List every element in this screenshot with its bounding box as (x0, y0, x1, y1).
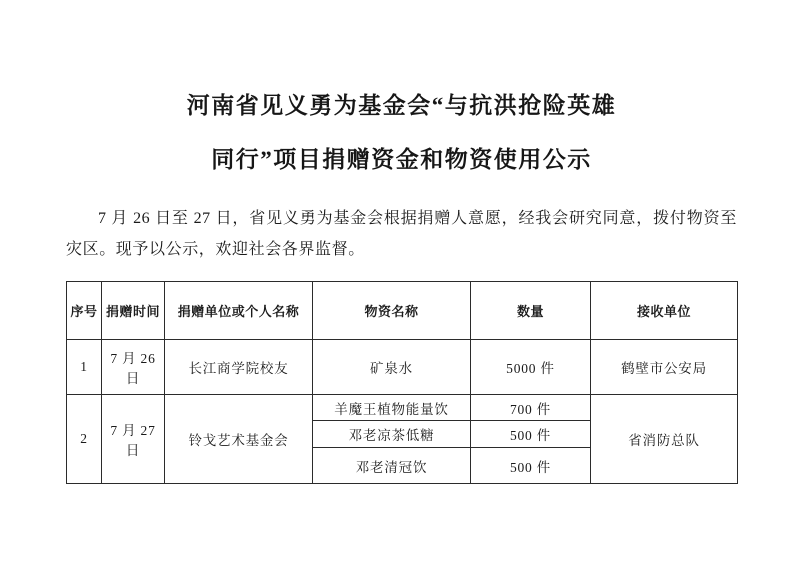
document-page: 河南省见义勇为基金会“与抗洪抢险英雄 同行”项目捐赠资金和物资使用公示 7 月 … (0, 0, 800, 567)
table-row: 1 7 月 26 日 长江商学院校友 矿泉水 5000 件 鹤壁市公安局 (67, 340, 738, 395)
cell-quantity: 700 件 (471, 395, 591, 421)
header-donor: 捐赠单位或个人名称 (165, 282, 313, 340)
table-header-row: 序号 捐赠时间 捐赠单位或个人名称 物资名称 数量 接收单位 (67, 282, 738, 340)
header-receiver: 接收单位 (591, 282, 738, 340)
cell-date: 7 月 27 日 (102, 395, 165, 484)
cell-donor: 长江商学院校友 (165, 340, 313, 395)
cell-quantity: 500 件 (471, 448, 591, 484)
cell-quantity: 500 件 (471, 421, 591, 448)
cell-item: 矿泉水 (313, 340, 471, 395)
cell-seq: 2 (67, 395, 102, 484)
header-quantity: 数量 (471, 282, 591, 340)
cell-item: 邓老清冠饮 (313, 448, 471, 484)
cell-quantity: 5000 件 (471, 340, 591, 395)
cell-item: 羊魔王植物能量饮 (313, 395, 471, 421)
intro-paragraph: 7 月 26 日至 27 日，省见义勇为基金会根据捐赠人意愿，经我会研究同意，拨… (66, 203, 737, 265)
table-row: 2 7 月 27 日 铃戈艺术基金会 羊魔王植物能量饮 700 件 省消防总队 (67, 395, 738, 421)
document-title: 河南省见义勇为基金会“与抗洪抢险英雄 同行”项目捐赠资金和物资使用公示 (66, 79, 737, 187)
cell-seq: 1 (67, 340, 102, 395)
header-item: 物资名称 (313, 282, 471, 340)
cell-receiver: 鹤壁市公安局 (591, 340, 738, 395)
header-date: 捐赠时间 (102, 282, 165, 340)
document-title-line-2: 同行”项目捐赠资金和物资使用公示 (66, 133, 737, 187)
donation-table: 序号 捐赠时间 捐赠单位或个人名称 物资名称 数量 接收单位 1 7 月 26 … (66, 281, 738, 484)
cell-date: 7 月 26 日 (102, 340, 165, 395)
document-title-line-1: 河南省见义勇为基金会“与抗洪抢险英雄 (66, 79, 737, 133)
header-seq: 序号 (67, 282, 102, 340)
cell-donor: 铃戈艺术基金会 (165, 395, 313, 484)
cell-item: 邓老凉茶低糖 (313, 421, 471, 448)
cell-receiver: 省消防总队 (591, 395, 738, 484)
